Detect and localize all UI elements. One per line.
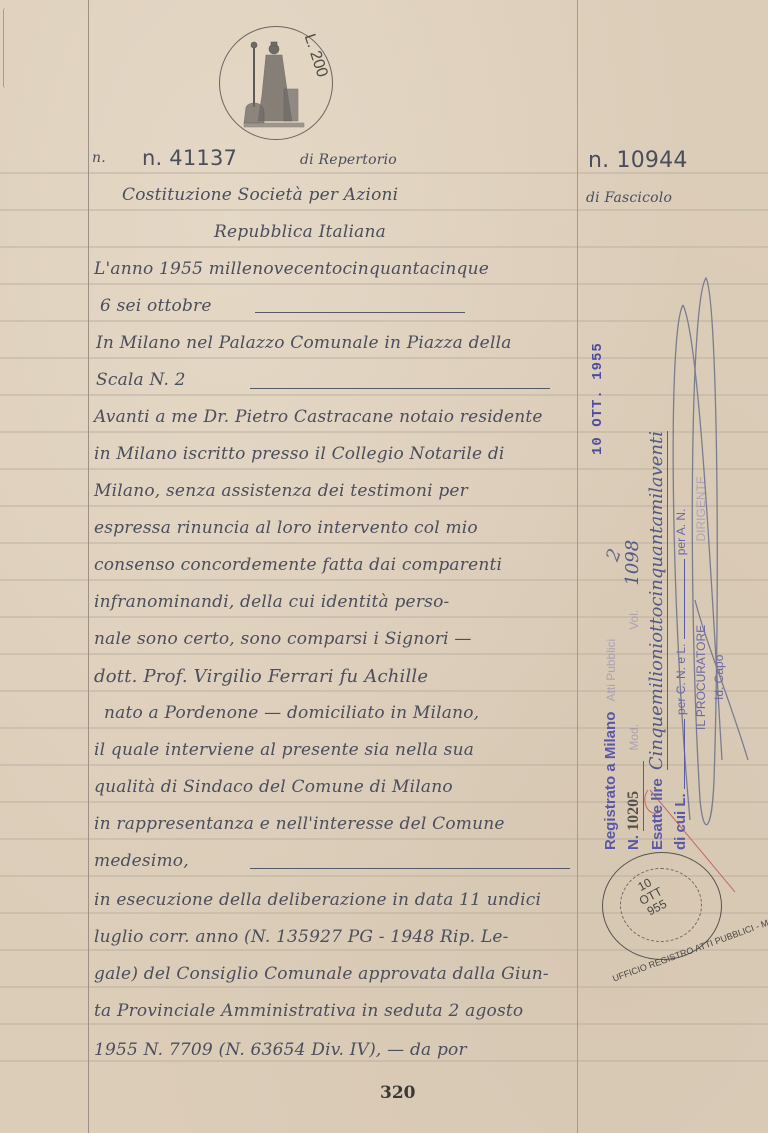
registration-date-stamp: 10 OTT. 1955 — [590, 342, 606, 455]
body-line: 6 sei ottobre — [100, 296, 212, 316]
body-line: il quale interviene al presente sia nell… — [94, 740, 474, 760]
repertorio-prefix: n. — [92, 150, 106, 166]
handwritten-extra: 1098 — [622, 540, 643, 586]
body-line: in esecuzione della deliberazione in dat… — [94, 890, 541, 910]
fascicolo-label: di Fascicolo — [586, 190, 672, 206]
body-line: in rappresentanza e nell'interesse del C… — [94, 814, 505, 834]
amount-in-words: Cinquemilioniottocinquantamilaventi — [646, 431, 668, 770]
body-line: In Milano nel Palazzo Comunale in Piazza… — [96, 333, 512, 353]
body-line: Milano, senza assistenza dei testimoni p… — [94, 481, 468, 501]
registration-number: 10205 — [625, 761, 644, 831]
body-line: Avanti a me Dr. Pietro Castracane notaio… — [94, 407, 543, 427]
body-line: gale) del Consiglio Comunale approvata d… — [94, 964, 549, 984]
body-line: espressa rinuncia al loro intervento col… — [94, 518, 478, 538]
of-which-label: di cui L. — [672, 793, 689, 850]
italia-turrita-figure-icon — [240, 37, 310, 131]
repertorio-number: n. 41137 — [142, 146, 237, 170]
right-margin-line — [577, 0, 578, 1133]
fascicolo-number: n. 10944 — [588, 148, 688, 173]
body-line: 1955 N. 7709 (N. 63654 Div. IV), — da po… — [94, 1040, 467, 1060]
mayor-name-line: dott. Prof. Virgilio Ferrari fu Achille — [94, 666, 428, 687]
body-line: in Milano iscritto presso il Collegio No… — [94, 444, 505, 464]
body-line: medesimo, — [94, 851, 189, 871]
document-page: L. 200 n. n. 41137 di Repertorio n. 1094… — [0, 0, 768, 1133]
postmark-atti-pubblici: 10 OTT 955 UFFICIO REGISTRO ATTI PUBBLIC… — [602, 852, 722, 960]
amount-label: Esatte lire — [649, 778, 666, 850]
body-line: infranominandi, della cui identità perso… — [94, 592, 449, 612]
page-edge-curl — [3, 8, 8, 88]
cnl-value-blank — [684, 559, 685, 639]
procurator-label: IL PROCURATORE — [694, 625, 708, 730]
body-line: consenso concordemente fatta dai compare… — [94, 555, 502, 575]
per-cnl-label: per C. N. e L. — [674, 644, 688, 715]
per-an-label: per A. N. — [674, 509, 688, 556]
number-label: N. — [625, 835, 642, 850]
body-line: nale sono certo, sono comparsi i Signori… — [94, 629, 472, 649]
body-line: ta Provinciale Amministrativa in seduta … — [94, 1001, 523, 1021]
left-margin-line — [88, 0, 89, 1133]
of-which-value-blank — [684, 719, 685, 789]
procurator-suffix: DIRIGENTE — [694, 476, 708, 541]
filler-dash — [255, 312, 465, 313]
registered-at-label: Registrato a Milano — [602, 712, 619, 850]
vol-label: Vol. — [627, 610, 641, 630]
body-line: L'anno 1955 millenovecentocinquantacinqu… — [94, 259, 489, 279]
mod-label: Mod. — [627, 724, 641, 751]
filler-dash — [250, 868, 570, 869]
repertorio-label: di Repertorio — [300, 152, 397, 168]
republic-heading: Repubblica Italiana — [214, 222, 386, 242]
body-line: luglio corr. anno (N. 135927 PG - 1948 R… — [94, 927, 509, 947]
body-line: nato a Pordenone — domiciliato in Milano… — [104, 703, 479, 723]
revenue-stamp: L. 200 — [219, 26, 333, 140]
deed-title: Costituzione Società per Azioni — [122, 185, 398, 205]
body-line: qualità di Sindaco del Comune di Milano — [94, 777, 453, 797]
filler-dash — [250, 388, 550, 389]
body-line: Scala N. 2 — [96, 370, 186, 390]
page-number: 320 — [380, 1083, 416, 1103]
registered-office: Atti Pubblici — [604, 639, 618, 702]
procurator-role: Id. Capo — [712, 655, 726, 700]
